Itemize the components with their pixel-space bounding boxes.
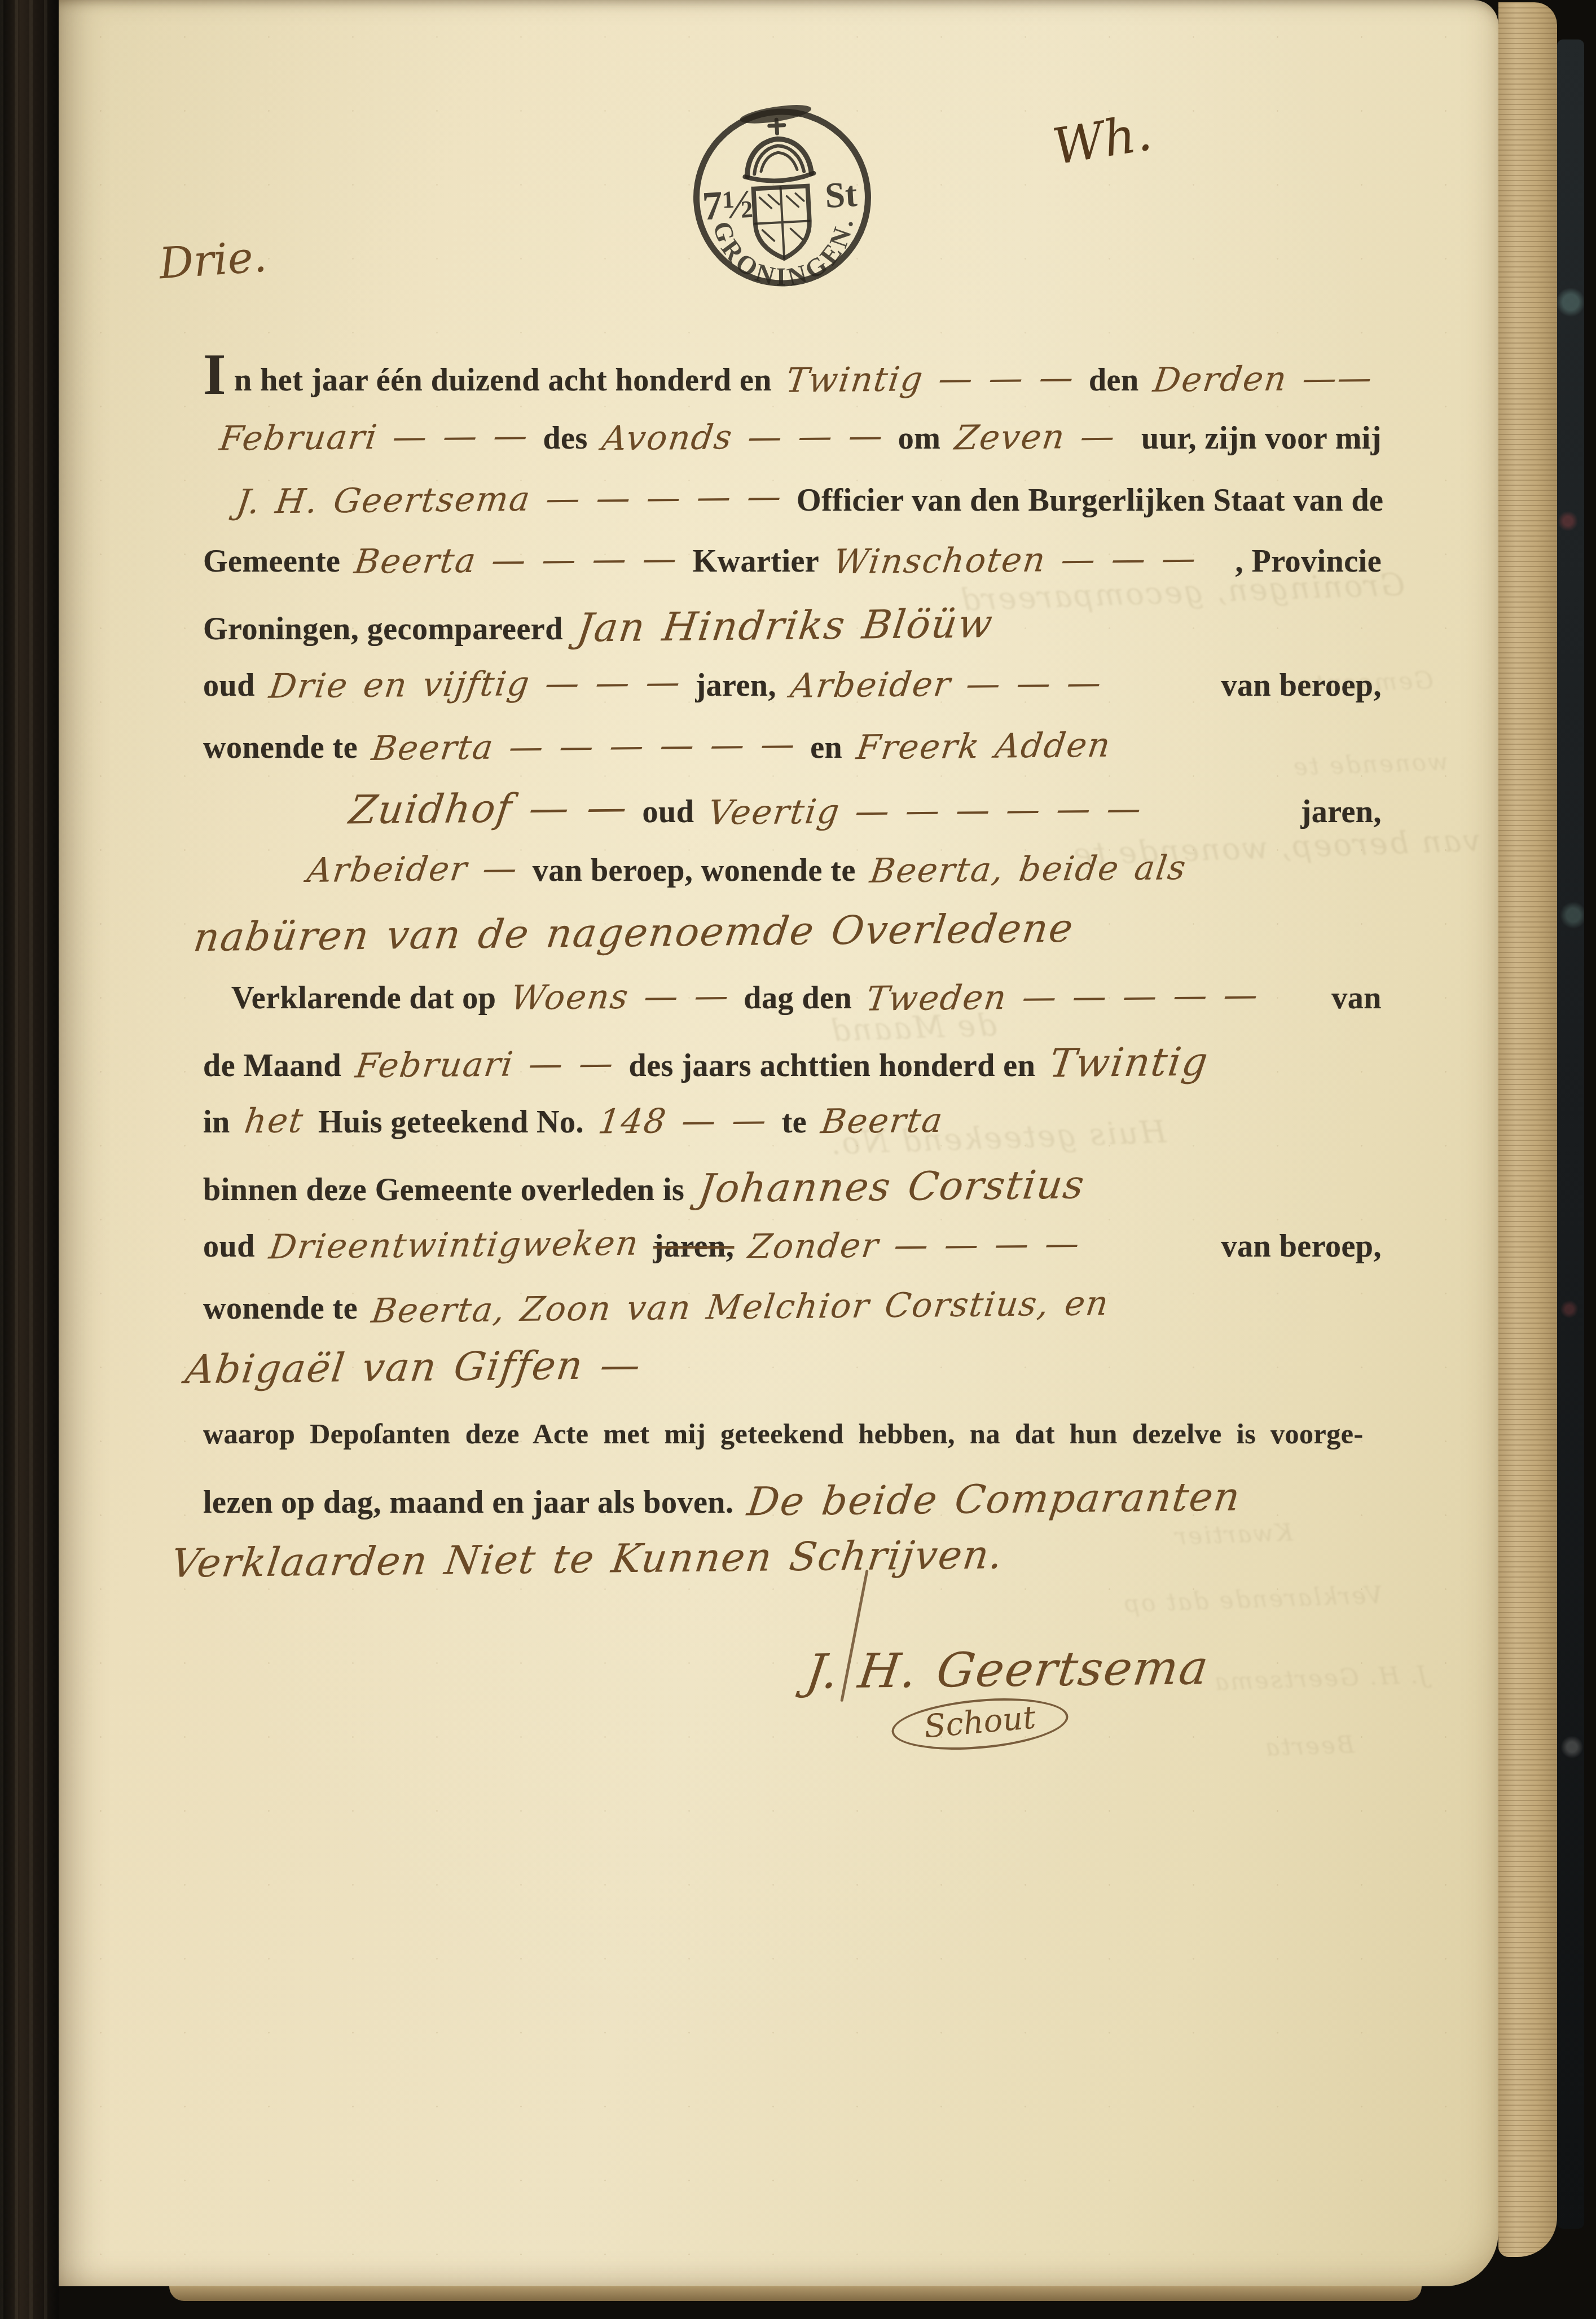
signature-block: J. H. Geertsema Schout <box>773 1580 1269 1783</box>
printed-text: de Maand <box>203 1048 341 1084</box>
registrar-title: Schout <box>890 1692 1070 1756</box>
record-line: in het Huis geteekend No. 148 — — te Bee… <box>203 1101 1382 1141</box>
printed-text: dag den <box>744 980 852 1016</box>
printed-text: binnen deze Gemeente overleden is <box>203 1172 684 1208</box>
record-line: oud Drieentwintigweken jaren, Zonder — —… <box>203 1226 1382 1265</box>
place-entry: Beerta <box>819 1101 946 1141</box>
record-line: Arbeider — van beroep, wonende te Beerta… <box>307 850 1382 889</box>
handwritten-entry: Avonds — — — <box>600 416 886 458</box>
record-line: J. H. Geertsema — — — — — Officier van d… <box>237 480 1382 519</box>
printed-text: te <box>782 1104 807 1140</box>
parents-entry: Beerta, Zoon van Melchior Corstius, en <box>370 1284 1112 1331</box>
printed-text: oud <box>203 667 255 704</box>
printed-text: in <box>203 1104 230 1140</box>
record-line: Verklarende dat op Woens — — dag den Twe… <box>231 977 1382 1017</box>
handwritten-entry: Februari — — — <box>217 416 531 459</box>
cannot-write-clause-entry: Verklaarden Niet te Kunnen Schrijven. <box>169 1531 1006 1586</box>
handwritten-entry: het <box>242 1101 306 1141</box>
year-entry: Twintig <box>1047 1039 1212 1087</box>
printed-text: des <box>543 420 587 456</box>
handwritten-entry: Derden —— <box>1151 358 1375 400</box>
record-line: lezen op dag, maand en jaar als boven. D… <box>203 1476 1382 1522</box>
printed-text: lezen op dag, maand en jaar als boven. <box>203 1484 733 1521</box>
closing-clause-entry: De beide Comparanten <box>745 1473 1244 1525</box>
printed-text: wonende te <box>203 1290 358 1327</box>
printed-text: den <box>1089 362 1139 398</box>
declarant-name-entry: Jan Hindriks Blöüw <box>574 600 996 651</box>
page-fore-edge <box>1498 2 1557 2257</box>
printed-text: Verklarende dat op <box>231 980 496 1016</box>
deceased-age-entry: Drieentwintigweken <box>267 1224 641 1267</box>
dropcap-initial: I <box>203 354 226 396</box>
day-entry: Tweden — — — — — <box>864 975 1261 1018</box>
printed-text: Huis geteekend No. <box>318 1104 584 1140</box>
printed-text: Gemeente <box>203 543 340 579</box>
age-entry: Drie en vijftig — — — <box>267 662 684 706</box>
record-line: waarop Depoſanten deze Acte met mij gete… <box>203 1417 1382 1450</box>
paper-sheet <box>59 0 1498 2286</box>
printed-text: om <box>898 420 941 456</box>
revenue-stamp: 7½ St GRONINGEN. <box>678 84 887 301</box>
mother-name-entry: Abigaël van Giffen — <box>183 1342 644 1393</box>
residence-entry: Beerta — — — — — — <box>370 724 798 768</box>
record-line: Zuidhof — — oud Veertig — — — — — — jare… <box>350 785 1382 832</box>
printed-text: Groningen, gecompareerd <box>203 611 563 647</box>
printed-text: waarop Depoſanten deze Acte met mij gete… <box>203 1417 1364 1450</box>
occupation-entry: Arbeider — <box>305 849 520 890</box>
stamp-graphic: 7½ St GRONINGEN. <box>678 84 887 301</box>
record-line: In het jaar één duizend acht honderd en … <box>203 351 1382 399</box>
declarant-name-entry: Freerk Adden <box>854 726 1113 768</box>
printed-text: van beroep, wonende te <box>533 853 856 889</box>
printed-text: van beroep, <box>1221 1228 1382 1264</box>
printed-text: jaren, <box>695 667 776 704</box>
district-entry: Winschoten — — — <box>831 539 1199 582</box>
record-line: binnen deze Gemeente overleden is Johann… <box>203 1163 1382 1210</box>
record-line: wonende te Beerta, Zoon van Melchior Cor… <box>203 1288 1382 1327</box>
house-number-entry: 148 — — <box>596 1100 770 1141</box>
registrar-signature: J. H. Geertsema <box>803 1640 1212 1699</box>
bleedthrough-ghost: Beerta <box>1263 1731 1355 1762</box>
book-spine-texture <box>0 0 59 2319</box>
printed-text: van <box>1331 980 1382 1016</box>
printed-text: n het jaar één duizend acht honderd en <box>234 362 772 398</box>
record-line: Gemeente Beerta — — — — Kwartier Winscho… <box>203 541 1382 580</box>
printed-text: Kwartier <box>692 543 819 579</box>
record-number-annotation: Drie. <box>157 231 268 288</box>
registrar-name-entry: J. H. Geertsema — — — — — <box>234 477 785 522</box>
handwritten-entry: nabüren van de nagenoemde Overledene <box>191 905 1077 960</box>
printed-text: van beroep, <box>1221 667 1382 704</box>
record-line: de Maand Februari — — des jaars achttien… <box>203 1039 1382 1086</box>
weekday-entry: Woens — — <box>508 976 732 1018</box>
record-line: Februari — — — des Avonds — — — om Zeven… <box>220 418 1382 457</box>
printed-text: Officier van den Burgerlijken Staat van … <box>797 482 1383 519</box>
printed-text: wonende te <box>203 730 358 766</box>
occupation-entry: Arbeider — — — <box>788 663 1105 706</box>
age-entry: Veertig — — — — — — <box>706 789 1145 833</box>
record-line: Groningen, gecompareerd Jan Hindriks Blö… <box>203 603 1382 649</box>
bottom-page-edge <box>169 2286 1422 2301</box>
handwritten-entry: Zeven — <box>953 417 1119 458</box>
printed-text: oud <box>203 1228 255 1264</box>
scanned-death-record-page: Groningen, gecompareerd Gemeente wonende… <box>0 0 1596 2319</box>
printed-text: en <box>810 730 842 766</box>
month-entry: Februari — — <box>353 1044 617 1086</box>
record-line: oud Drie en vijftig — — — jaren, Arbeide… <box>203 665 1382 704</box>
residence-entry: Beerta, beide als <box>868 848 1189 891</box>
declarant-name-entry: Zuidhof — — <box>346 784 631 833</box>
record-line: nabüren van de nagenoemde Overledene <box>195 910 1382 956</box>
deceased-name-entry: Johannes Corstius <box>696 1161 1088 1211</box>
record-line: Abigaël van Giffen — <box>186 1344 1382 1390</box>
printed-text: , Provincie <box>1235 543 1382 579</box>
deceased-occupation-entry: Zonder — — — — <box>746 1224 1083 1267</box>
printed-text: jaren, <box>1301 794 1382 830</box>
municipality-entry: Beerta — — — — <box>352 539 680 582</box>
printed-text: des jaars achttien honderd en <box>629 1048 1036 1084</box>
handwritten-entry: Twintig — — — <box>784 358 1077 400</box>
record-line: wonende te Beerta — — — — — — en Freerk … <box>203 727 1382 766</box>
marbled-cover-edge <box>1557 39 1584 2229</box>
record-line: Verklaarden Niet te Kunnen Schrijven. <box>172 1536 1382 1582</box>
struck-printed-text: jaren, <box>653 1228 735 1264</box>
stamp-unit: St <box>824 174 859 216</box>
printed-text: uur, zijn voor mij <box>1141 420 1382 456</box>
printed-text: oud <box>643 794 694 830</box>
